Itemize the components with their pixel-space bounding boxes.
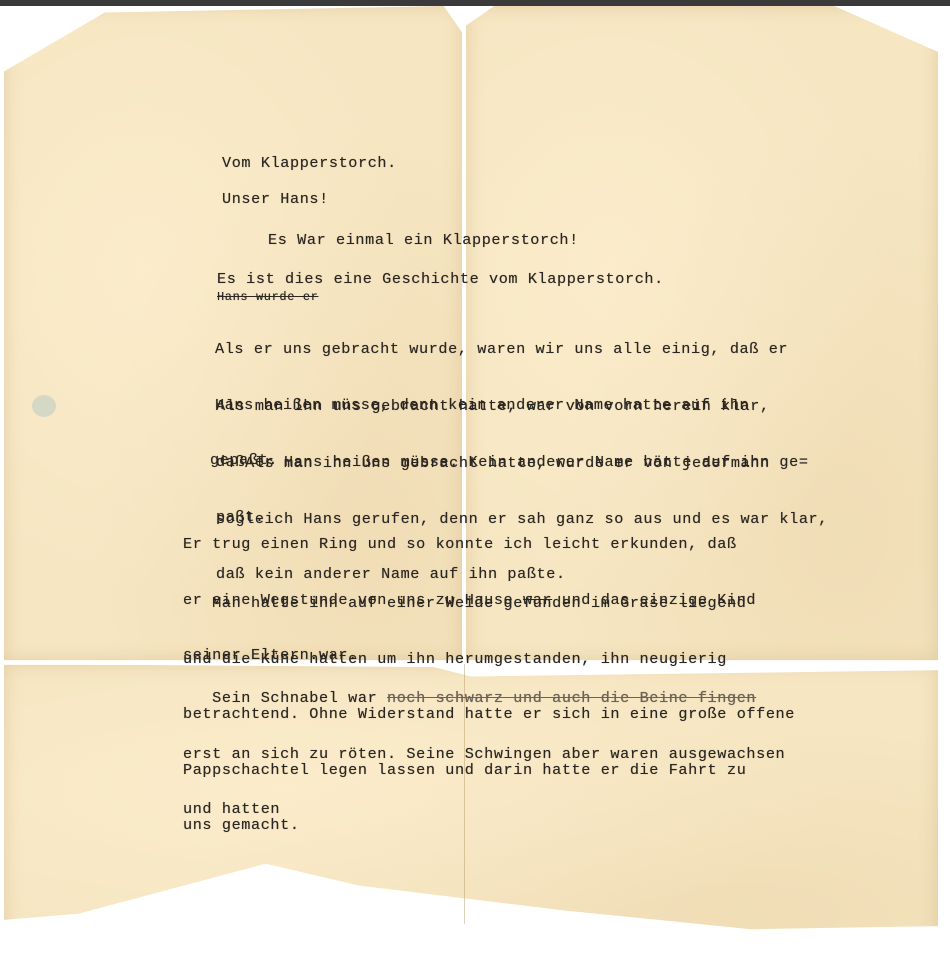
text-line: erst an sich zu röten. Seine Schwingen a…: [183, 745, 785, 764]
text-line: Sein Schnabel war noch schwarz und auch …: [183, 689, 785, 708]
struck-text: noch schwarz und auch die Beine fingen: [387, 689, 756, 707]
opening-line: Es War einmal ein Klapperstorch!: [268, 231, 579, 250]
paragraph-schnabel: Sein Schnabel war noch schwarz und auch …: [183, 652, 785, 856]
water-stain: [32, 395, 56, 417]
text-line: Als man ihn uns gebracht hatte, wurde er…: [216, 454, 828, 473]
text-line: Er trug einen Ring und so konnte ich lei…: [183, 535, 756, 554]
scanner-edge: [0, 0, 950, 6]
intro-line: Es ist dies eine Geschichte vom Klappers…: [217, 270, 664, 289]
text-line: Man hatte ihn auf einer Weide gefunden i…: [183, 594, 795, 613]
salutation: Unser Hans!: [222, 190, 329, 209]
text-line: und hatten: [183, 800, 785, 819]
text-line: Als man ihn uns gebracht hatte, war von …: [216, 397, 809, 416]
letter-title: Vom Klapperstorch.: [222, 154, 397, 173]
scanned-letter: Vom Klapperstorch. Unser Hans! Es War ei…: [0, 0, 950, 980]
text-segment: Sein Schnabel war: [183, 689, 387, 707]
text-line: Als er uns gebracht wurde, waren wir uns…: [215, 340, 788, 359]
